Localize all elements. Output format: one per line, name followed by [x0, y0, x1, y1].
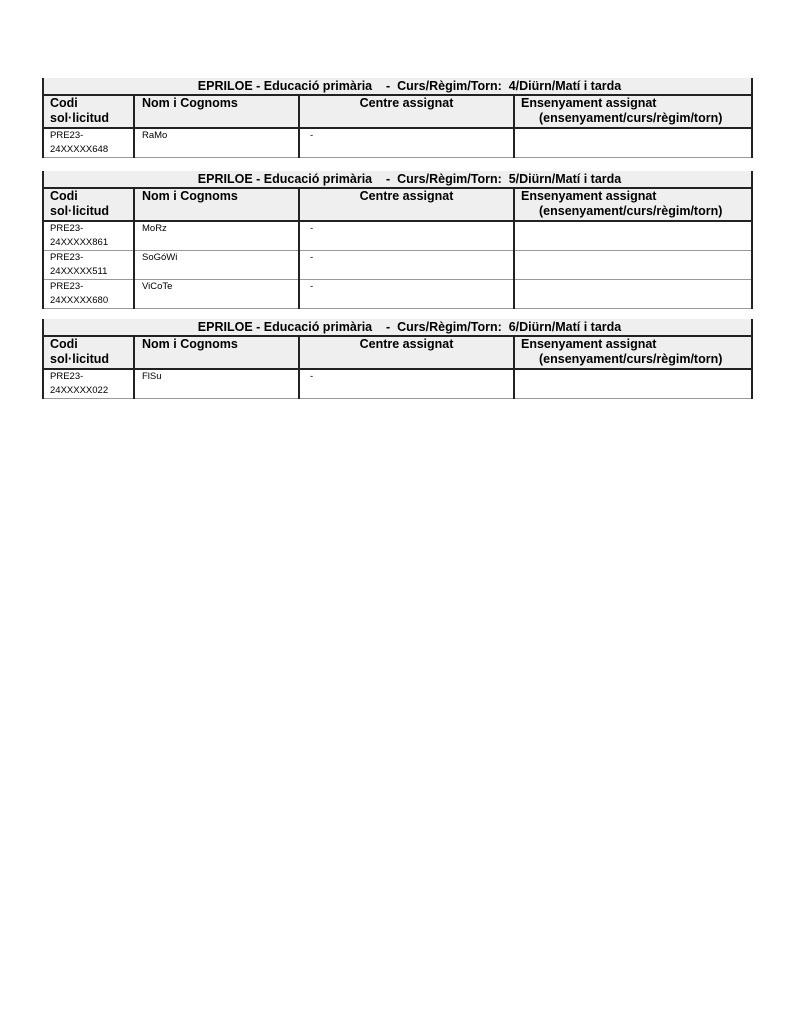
cell-teaching: [514, 280, 752, 309]
assignment-table-course-5: EPRILOE - Educació primària - Curs/Règim…: [42, 171, 753, 309]
cell-centre: -: [299, 251, 514, 280]
table-row: PRE23-24XXXXX861 MoRz -: [43, 221, 752, 251]
cell-code: PRE23-24XXXXX648: [43, 128, 134, 158]
col-header-centre: Centre assignat: [299, 188, 514, 221]
column-header-row: Codisol·licitud Nom i Cognoms Centre ass…: [43, 95, 752, 128]
col-header-name: Nom i Cognoms: [134, 188, 299, 221]
cell-teaching: [514, 128, 752, 158]
cell-teaching: [514, 251, 752, 280]
col-header-name: Nom i Cognoms: [134, 336, 299, 369]
table-row: PRE23-24XXXXX648 RaMo -: [43, 128, 752, 158]
assignment-table-course-6: EPRILOE - Educació primària - Curs/Règim…: [42, 319, 753, 399]
col-header-teaching: Ensenyament assignat(ensenyament/curs/rè…: [514, 188, 752, 221]
col-header-centre: Centre assignat: [299, 336, 514, 369]
cell-name: MoRz: [134, 221, 299, 251]
col-header-centre: Centre assignat: [299, 95, 514, 128]
table-title: EPRILOE - Educació primària - Curs/Règim…: [43, 78, 752, 95]
column-header-row: Codisol·licitud Nom i Cognoms Centre ass…: [43, 188, 752, 221]
column-header-row: Codisol·licitud Nom i Cognoms Centre ass…: [43, 336, 752, 369]
col-header-code: Codisol·licitud: [43, 95, 134, 128]
cell-code: PRE23-24XXXXX511: [43, 251, 134, 280]
cell-centre: -: [299, 128, 514, 158]
cell-centre: -: [299, 280, 514, 309]
cell-centre: -: [299, 221, 514, 251]
cell-teaching: [514, 221, 752, 251]
assignment-table-course-4: EPRILOE - Educació primària - Curs/Règim…: [42, 78, 753, 158]
cell-name: SoGóWi: [134, 251, 299, 280]
table-row: PRE23-24XXXXX511 SoGóWi -: [43, 251, 752, 280]
cell-code: PRE23-24XXXXX680: [43, 280, 134, 309]
table-title-row: EPRILOE - Educació primària - Curs/Règim…: [43, 319, 752, 336]
table-title: EPRILOE - Educació primària - Curs/Règim…: [43, 171, 752, 188]
col-header-code: Codisol·licitud: [43, 188, 134, 221]
cell-teaching: [514, 369, 752, 399]
table-row: PRE23-24XXXXX022 FlSu -: [43, 369, 752, 399]
col-header-teaching: Ensenyament assignat(ensenyament/curs/rè…: [514, 336, 752, 369]
cell-name: ViCoTe: [134, 280, 299, 309]
table-title-row: EPRILOE - Educació primària - Curs/Règim…: [43, 171, 752, 188]
table-title: EPRILOE - Educació primària - Curs/Règim…: [43, 319, 752, 336]
col-header-code: Codisol·licitud: [43, 336, 134, 369]
col-header-teaching: Ensenyament assignat(ensenyament/curs/rè…: [514, 95, 752, 128]
table-title-row: EPRILOE - Educació primària - Curs/Règim…: [43, 78, 752, 95]
col-header-name: Nom i Cognoms: [134, 95, 299, 128]
cell-code: PRE23-24XXXXX022: [43, 369, 134, 399]
cell-name: RaMo: [134, 128, 299, 158]
cell-centre: -: [299, 369, 514, 399]
cell-name: FlSu: [134, 369, 299, 399]
cell-code: PRE23-24XXXXX861: [43, 221, 134, 251]
table-row: PRE23-24XXXXX680 ViCoTe -: [43, 280, 752, 309]
